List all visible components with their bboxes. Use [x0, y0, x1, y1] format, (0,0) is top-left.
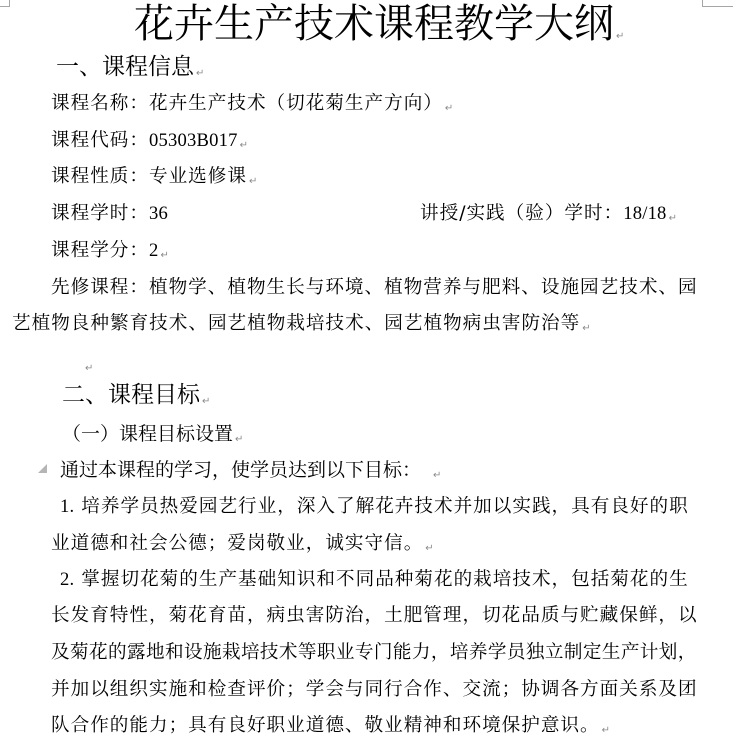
field-value: 05303B017: [149, 130, 238, 151]
field-value: 36: [149, 203, 168, 224]
goal-text: 队合作的能力；具有良好职业道德、敬业精神和环境保护意识。: [51, 715, 600, 736]
intro-text: 通过本课程的学习，使学员达到以下目标：: [60, 459, 421, 481]
field-course-credits: 课程学分：2↵: [51, 242, 169, 261]
paragraph-mark-icon: ↵: [202, 397, 210, 407]
paragraph-mark-icon: ↵: [616, 32, 624, 42]
paragraph-mark-icon: ↵: [602, 726, 610, 736]
paragraph-mark-icon: ↵: [240, 141, 248, 151]
goal-2-line1: 2. 掌握切花菊的生产基础知识和不同品种菊花的栽培技术，包括菊花的生: [60, 571, 689, 590]
field-value: 2: [149, 240, 159, 261]
section-heading-text: 二、课程目标: [62, 382, 200, 408]
goal-text: 及菊花的露地和设施栽培技术等职业专门能力，培养学员独立制定生产计划，: [51, 642, 697, 663]
field-label: 课程名称：: [51, 93, 149, 114]
section-heading-course-info: 一、课程信息↵: [56, 56, 204, 79]
field-label: 课程代码：: [51, 130, 149, 151]
paragraph-mark-icon: ↵: [445, 104, 453, 114]
field-value: 专业选修课: [149, 166, 247, 187]
subheading-goal-settings: （一）课程目标设置↵: [62, 425, 243, 445]
field-value: 18/18: [623, 203, 666, 224]
field-value: 植物学、植物生长与环境、植物营养与肥料、设施园艺技术、园: [149, 277, 698, 298]
goal-2-line2: 长发育特性，菊花育苗，病虫害防治，土肥管理，切花品质与贮藏保鲜，以: [51, 607, 698, 626]
goal-text: 培养学员热爱园艺行业，深入了解花卉技术并加以实践，具有良好的职: [81, 496, 688, 517]
goal-1-line1: 1. 培养学员热爱园艺行业，深入了解花卉技术并加以实践，具有良好的职: [60, 498, 689, 517]
field-value: 艺植物良种繁育技术、园艺植物栽培技术、园艺植物病虫害防治等: [12, 313, 580, 334]
field-label: 先修课程：: [51, 277, 149, 298]
paragraph-mark-icon: ↵: [160, 251, 168, 261]
goal-number: 1.: [60, 496, 74, 517]
page-corner-mark-left: [0, 0, 10, 7]
paragraph-mark-icon: ↵: [249, 177, 257, 187]
field-course-nature: 课程性质：专业选修课↵: [51, 168, 257, 187]
goal-1-line2: 业道德和社会公德；爱岗敬业，诚实守信。↵: [51, 535, 434, 554]
paragraph-mark-icon: ↵: [85, 364, 93, 374]
goals-intro: 通过本课程的学习，使学员达到以下目标：↵: [60, 461, 441, 481]
field-prerequisites-line1: 先修课程：植物学、植物生长与环境、植物营养与肥料、设施园艺技术、园: [51, 279, 698, 298]
field-label: 课程性质：: [51, 166, 149, 187]
goal-2-line5: 队合作的能力；具有良好职业道德、敬业精神和环境保护意识。↵: [51, 717, 610, 736]
goal-text: 并加以组织实施和检查评价；学会与同行合作、交流；协调各方面关系及团: [51, 679, 698, 700]
goal-text: 业道德和社会公德；爱岗敬业，诚实守信。: [51, 533, 423, 554]
document-title: 花卉生产技术课程教学大纲↵: [134, 4, 624, 44]
field-value: 花卉生产技术（切花菊生产方向）: [149, 93, 443, 114]
paragraph-mark-icon: ↵: [196, 69, 204, 79]
goal-number: 2.: [60, 569, 74, 590]
field-label: 讲授/实践（验）学时：: [420, 203, 623, 224]
goal-2-line3: 及菊花的露地和设施栽培技术等职业专门能力，培养学员独立制定生产计划，: [51, 644, 697, 663]
collapse-triangle-icon[interactable]: [38, 464, 47, 473]
field-lecture-practice-hours: 讲授/实践（验）学时：18/18↵: [420, 205, 677, 224]
field-course-hours: 课程学时：36: [51, 205, 168, 224]
goal-text: 长发育特性，菊花育苗，病虫害防治，土肥管理，切花品质与贮藏保鲜，以: [51, 605, 698, 626]
field-course-code: 课程代码：05303B017↵: [51, 132, 248, 151]
goal-text: 掌握切花菊的生产基础知识和不同品种菊花的栽培技术，包括菊花的生: [81, 569, 688, 590]
paragraph-mark-icon: ↵: [582, 324, 590, 334]
paragraph-mark-icon: ↵: [235, 435, 243, 445]
paragraph-mark-icon: ↵: [669, 214, 677, 224]
page-corner-mark-right: [702, 0, 733, 7]
field-course-name: 课程名称：花卉生产技术（切花菊生产方向）↵: [51, 95, 453, 114]
document-title-text: 花卉生产技术课程教学大纲: [134, 1, 614, 47]
field-prerequisites-line2: 艺植物良种繁育技术、园艺植物栽培技术、园艺植物病虫害防治等↵: [12, 315, 591, 334]
section-heading-text: 一、课程信息: [56, 54, 194, 80]
field-label: 课程学时：: [51, 203, 149, 224]
paragraph-mark-icon: ↵: [425, 544, 433, 554]
paragraph-mark-icon: ↵: [433, 471, 441, 481]
section-heading-course-goals: 二、课程目标↵: [62, 384, 210, 407]
field-label: 课程学分：: [51, 240, 149, 261]
subheading-text: （一）课程目标设置: [62, 423, 233, 445]
empty-paragraph: ↵: [83, 356, 93, 374]
goal-2-line4: 并加以组织实施和检查评价；学会与同行合作、交流；协调各方面关系及团: [51, 681, 698, 700]
